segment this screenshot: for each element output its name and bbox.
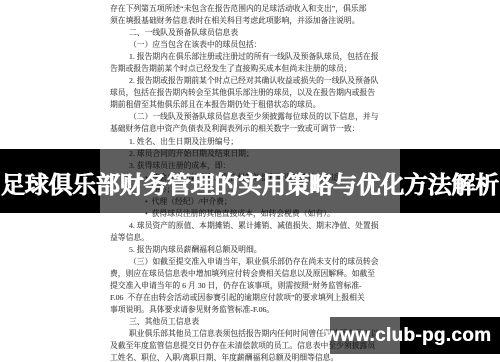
document-line: 提交准入申请当年的 6 月 30 日，仍存在该事项，则需按照“财务监管标准-: [110, 280, 376, 292]
title-overlay-band: 足球俱乐部财务管理的实用策略与优化方法解析: [0, 149, 500, 213]
document-line: 须在填报基础财务信息表时在相关科目考虑此项影响，并添加备注说明。: [110, 15, 376, 27]
document-line: 期前租借至其他俱乐部且在本报告期仍处于租借状态的球员。: [110, 99, 376, 111]
watermark-band: www.club-pg.com: [330, 317, 500, 354]
document-line: 1. 姓名、出生日期及注册编号；: [110, 136, 376, 148]
document-line: 益等信息。: [110, 232, 376, 244]
document-line: F.06 不存在由转会活动或因参赛引起的逾期应付款项”的要求填列上报相关: [110, 292, 376, 304]
document-line: 存在下列第五项所述“未包含在报告范围内的足球活动收入和支出”，俱乐部: [110, 3, 376, 15]
watermark-url: www.club-pg.com: [330, 317, 500, 354]
page: 存在下列第五项所述“未包含在报告范围内的足球活动收入和支出”，俱乐部须在填报基础…: [0, 0, 500, 362]
document-line: （三）如截至提交准入申请当年，职业俱乐部仍存在尚未支付的球员转会: [110, 256, 376, 268]
document-line: 4. 球员资产的原值、本期摊销、累计摊销、减值损失、期末净值、处置损: [110, 220, 376, 232]
document-line: 5. 报告期内球员薪酬福利总额及明细。: [110, 244, 376, 256]
document-line: 基础财务信息中资产负债表及利润表列示的相关数字一致或可调节一致：: [110, 123, 376, 135]
document-line: 2. 报告期或报告期前某个时点已经对其确认收益或损失的一线队及预备队: [110, 75, 376, 87]
document-line: 告期或报告期前某个时点已经发生了直接购买成本但尚未注册的球员；: [110, 63, 376, 75]
document-line: 1. 报告期内在俱乐部注册或注册过的所有一线队及预备队球员，包括在报: [110, 51, 376, 63]
document-line: 二、一线队及预备队球员信息表: [110, 27, 376, 39]
document-line: 费，则应在球员信息表中增加填列应付转会费相关信息以及原因解释。如截至: [110, 268, 376, 280]
document-line: 球员，包括在报告期内转会至其他俱乐部注册的球员，以及在报告期内或报告: [110, 87, 376, 99]
document-line: （二）一线队及预备队球员信息表至少须披露每位球员的以下信息，并与: [110, 111, 376, 123]
article-title: 足球俱乐部财务管理的实用策略与优化方法解析: [0, 149, 500, 213]
document-line: 事项说明。具体要求请参见财务监管标准-F.06。: [110, 304, 376, 316]
document-line: （一）应当包含在该表中的球员包括：: [110, 39, 376, 51]
